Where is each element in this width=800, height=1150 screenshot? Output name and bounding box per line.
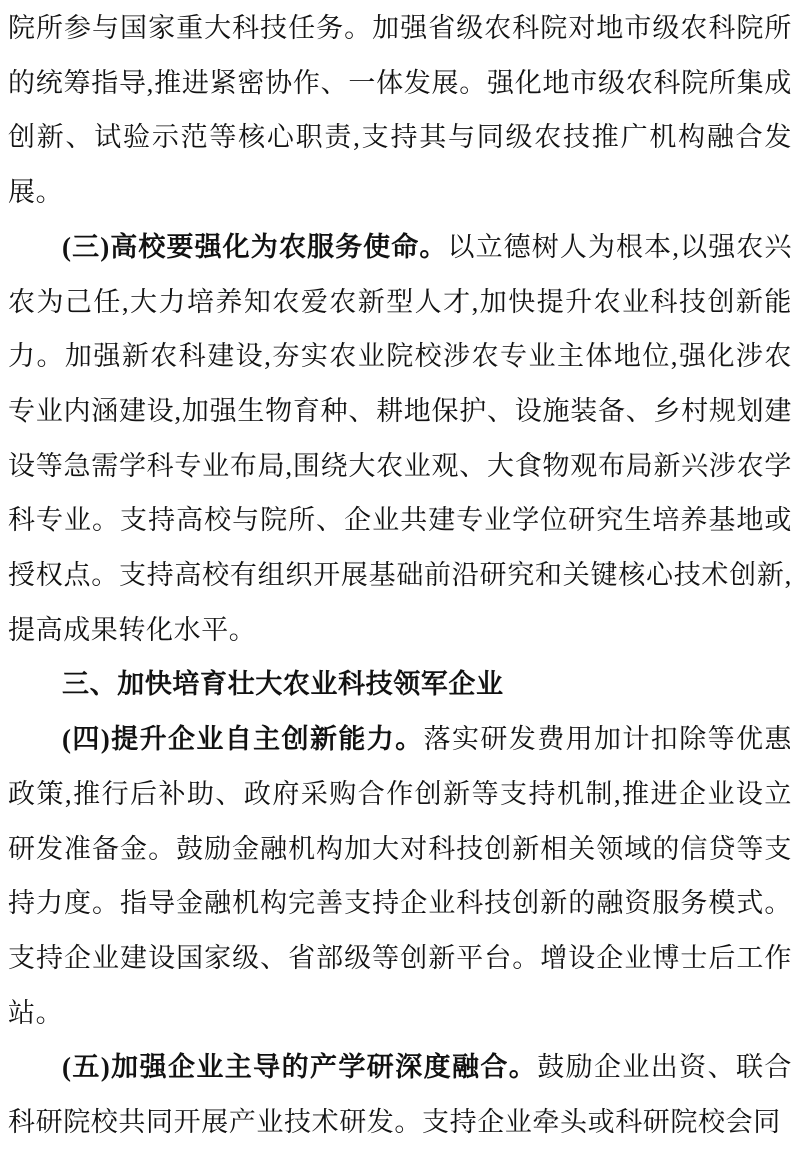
document-page: 院所参与国家重大科技任务。加强省级农科院对地市级农科院所的统筹指导,推进紧密协作… bbox=[0, 0, 800, 1150]
paragraph-item-4: (四)提升企业自主创新能力。落实研发费用加计扣除等优惠政策,推行后补助、政府采购… bbox=[8, 712, 792, 1040]
paragraph-lead: (四)提升企业自主创新能力。 bbox=[62, 724, 424, 754]
section-heading: 三、加快培育壮大农业科技领军企业 bbox=[8, 657, 792, 712]
paragraph-text: 落实研发费用加计扣除等优惠政策,推行后补助、政府采购合作创新等支持机制,推进企业… bbox=[8, 724, 792, 1028]
paragraph-text: 院所参与国家重大科技任务。加强省级农科院对地市级农科院所的统筹指导,推进紧密协作… bbox=[8, 13, 792, 207]
paragraph-lead: (三)高校要强化为农服务使命。 bbox=[62, 232, 447, 262]
paragraph-continuation: 院所参与国家重大科技任务。加强省级农科院对地市级农科院所的统筹指导,推进紧密协作… bbox=[8, 1, 792, 220]
paragraph-text: 以立德树人为根本,以强农兴农为己任,大力培养知农爱农新型人才,加快提升农业科技创… bbox=[8, 232, 792, 645]
paragraph-item-5: (五)加强企业主导的产学研深度融合。鼓励企业出资、联合科研院校共同开展产业技术研… bbox=[8, 1040, 792, 1149]
paragraph-item-3: (三)高校要强化为农服务使命。以立德树人为根本,以强农兴农为己任,大力培养知农爱… bbox=[8, 220, 792, 658]
paragraph-lead: (五)加强企业主导的产学研深度融合。 bbox=[62, 1052, 537, 1082]
